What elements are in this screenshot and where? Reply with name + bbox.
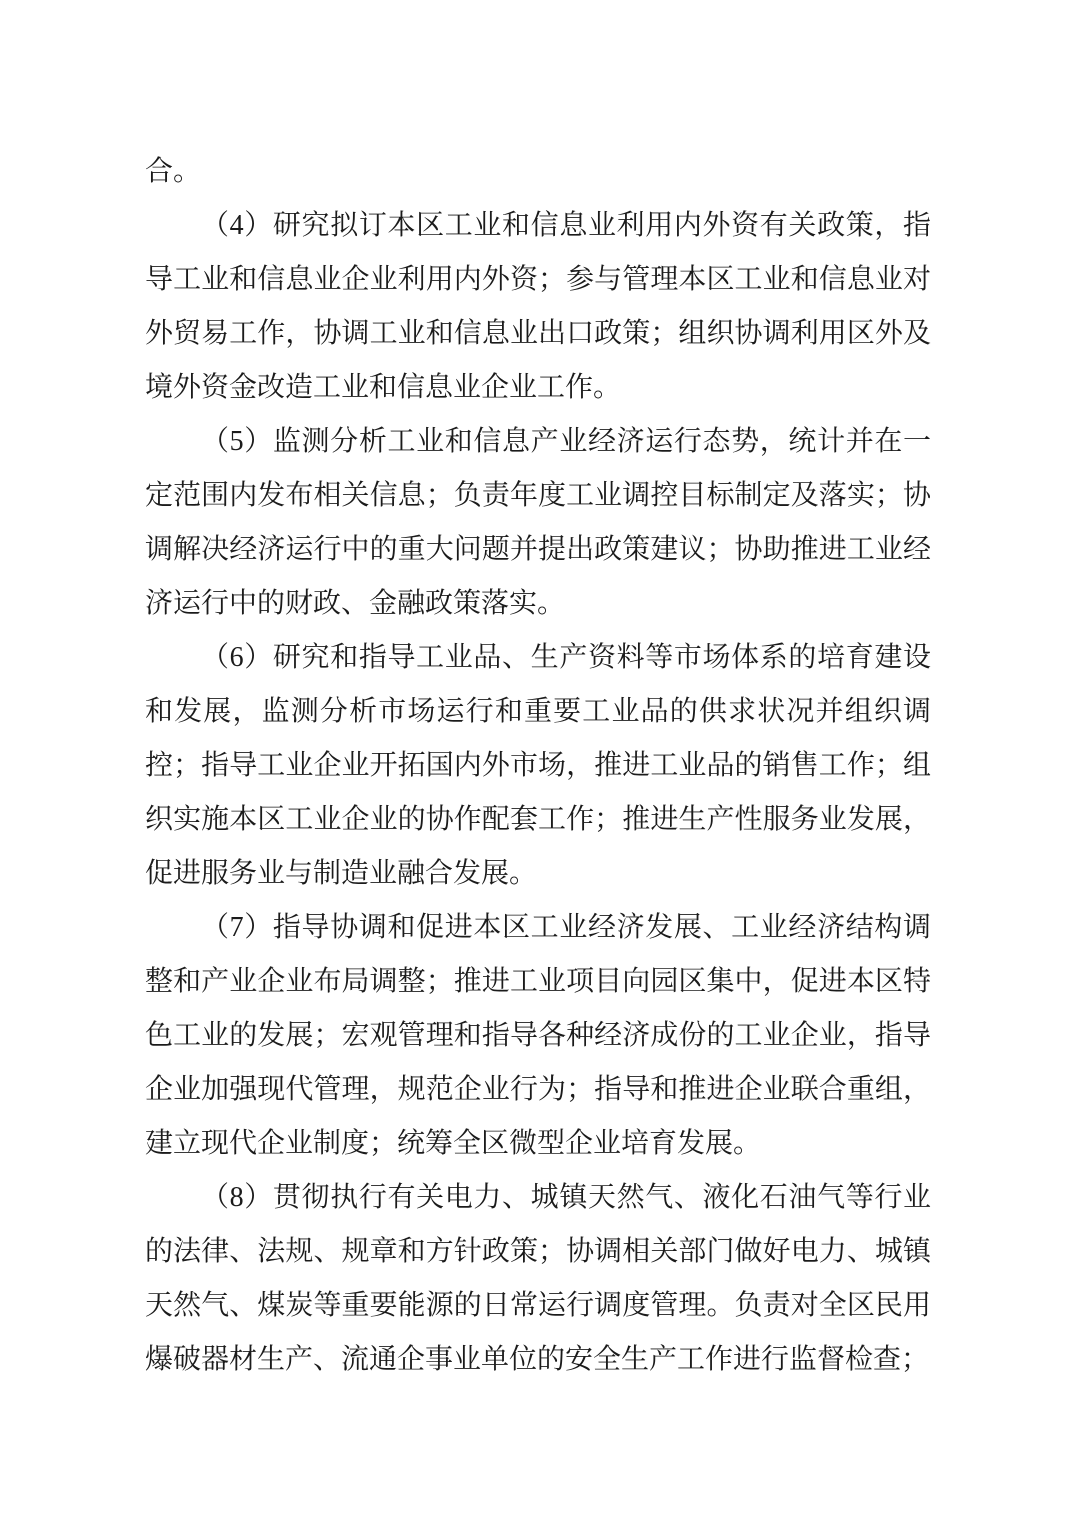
paragraph-item-5: （5）监测分析工业和信息产业经济运行态势，统计并在一定范围内发布相关信息；负责年… bbox=[145, 415, 931, 631]
paragraph-item-6: （6）研究和指导工业品、生产资料等市场体系的培育建设和发展，监测分析市场运行和重… bbox=[145, 631, 931, 901]
document-text-block: 合。 （4）研究拟订本区工业和信息业利用内外资有关政策，指导工业和信息业企业利用… bbox=[145, 145, 931, 1387]
paragraph-continuation: 合。 bbox=[145, 145, 931, 199]
document-page: 合。 （4）研究拟订本区工业和信息业利用内外资有关政策，指导工业和信息业企业利用… bbox=[0, 0, 1074, 1520]
paragraph-item-4: （4）研究拟订本区工业和信息业利用内外资有关政策，指导工业和信息业企业利用内外资… bbox=[145, 199, 931, 415]
paragraph-item-7: （7）指导协调和促进本区工业经济发展、工业经济结构调整和产业企业布局调整；推进工… bbox=[145, 901, 931, 1171]
paragraph-item-8: （8）贯彻执行有关电力、城镇天然气、液化石油气等行业的法律、法规、规章和方针政策… bbox=[145, 1171, 931, 1387]
